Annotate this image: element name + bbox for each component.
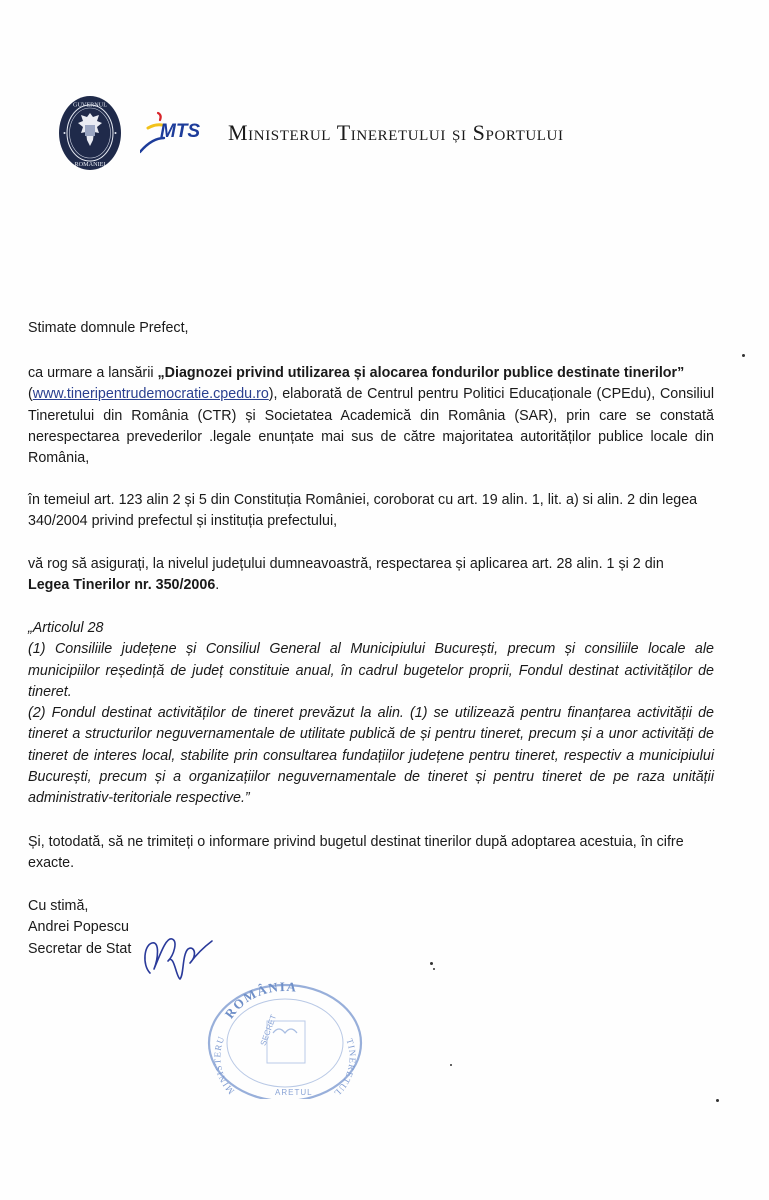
request-text: vă rog să asigurați, la nivelul județulu… [28, 556, 664, 572]
paragraph-request: vă rog să asigurați, la nivelul județulu… [28, 554, 714, 597]
salutation: Stimate domnule Prefect, [28, 318, 714, 339]
mts-swoosh-icon: MTS [140, 110, 216, 156]
study-title: „Diagnozei privind utilizarea și alocare… [158, 365, 685, 381]
official-stamp-icon: ROMÂNIA MINISTERUL TINERETULUI ȘI SPORTU… [203, 981, 367, 1099]
paragraph-legal-basis: în temeiul art. 123 alin 2 și 5 din Cons… [28, 490, 714, 533]
scan-speck [433, 968, 435, 970]
sign-off: Cu stimă, [28, 896, 714, 917]
paragraph-intro: ca urmare a lansării „Diagnozei privind … [28, 363, 714, 469]
scan-speck [430, 962, 433, 965]
intro-text: ca urmare a lansării [28, 365, 158, 381]
svg-text:GUVERNUL: GUVERNUL [73, 102, 107, 109]
scan-speck [716, 1099, 719, 1102]
article-title: „Articolul 28 [28, 618, 714, 639]
signature-icon [138, 925, 218, 985]
mts-logo: MTS [140, 110, 216, 156]
article-quote: „Articolul 28 (1) Consiliile județene și… [28, 618, 714, 810]
svg-text:ROMÂNIA: ROMÂNIA [222, 981, 299, 1021]
svg-text:MTS: MTS [160, 121, 200, 142]
signatory-name: Andrei Popescu [28, 917, 714, 938]
ministry-name: Ministerul Tineretului și Sportului [228, 120, 564, 146]
letter-page: GUVERNUL ROMÂNIEI MTS Ministerul Tineret… [0, 0, 769, 1200]
svg-text:ARETUL: ARETUL [275, 1088, 313, 1097]
law-reference: Legea Tinerilor nr. 350/2006 [28, 577, 215, 593]
letterhead: GUVERNUL ROMÂNIEI MTS Ministerul Tineret… [58, 95, 564, 171]
article-clause-1: (1) Consiliile județene și Consiliul Gen… [28, 639, 714, 703]
paragraph-budget-request: Și, totodată, să ne trimiteți o informar… [28, 832, 714, 875]
government-seal-icon: GUVERNUL ROMÂNIEI [58, 95, 122, 171]
scan-speck [450, 1064, 452, 1066]
scan-speck [742, 354, 745, 357]
study-website-link[interactable]: www.tineripentrudemocratie.cpedu.ro [33, 386, 269, 402]
closing-block: Cu stimă, Andrei Popescu Secretar de Sta… [28, 896, 714, 960]
request-end: . [215, 577, 219, 593]
svg-text:ROMÂNIEI: ROMÂNIEI [75, 160, 106, 168]
signatory-title: Secretar de Stat [28, 939, 714, 960]
svg-text:MINISTERUL: MINISTERUL [203, 981, 236, 1096]
article-clause-2: (2) Fondul destinat activităților de tin… [28, 703, 714, 809]
